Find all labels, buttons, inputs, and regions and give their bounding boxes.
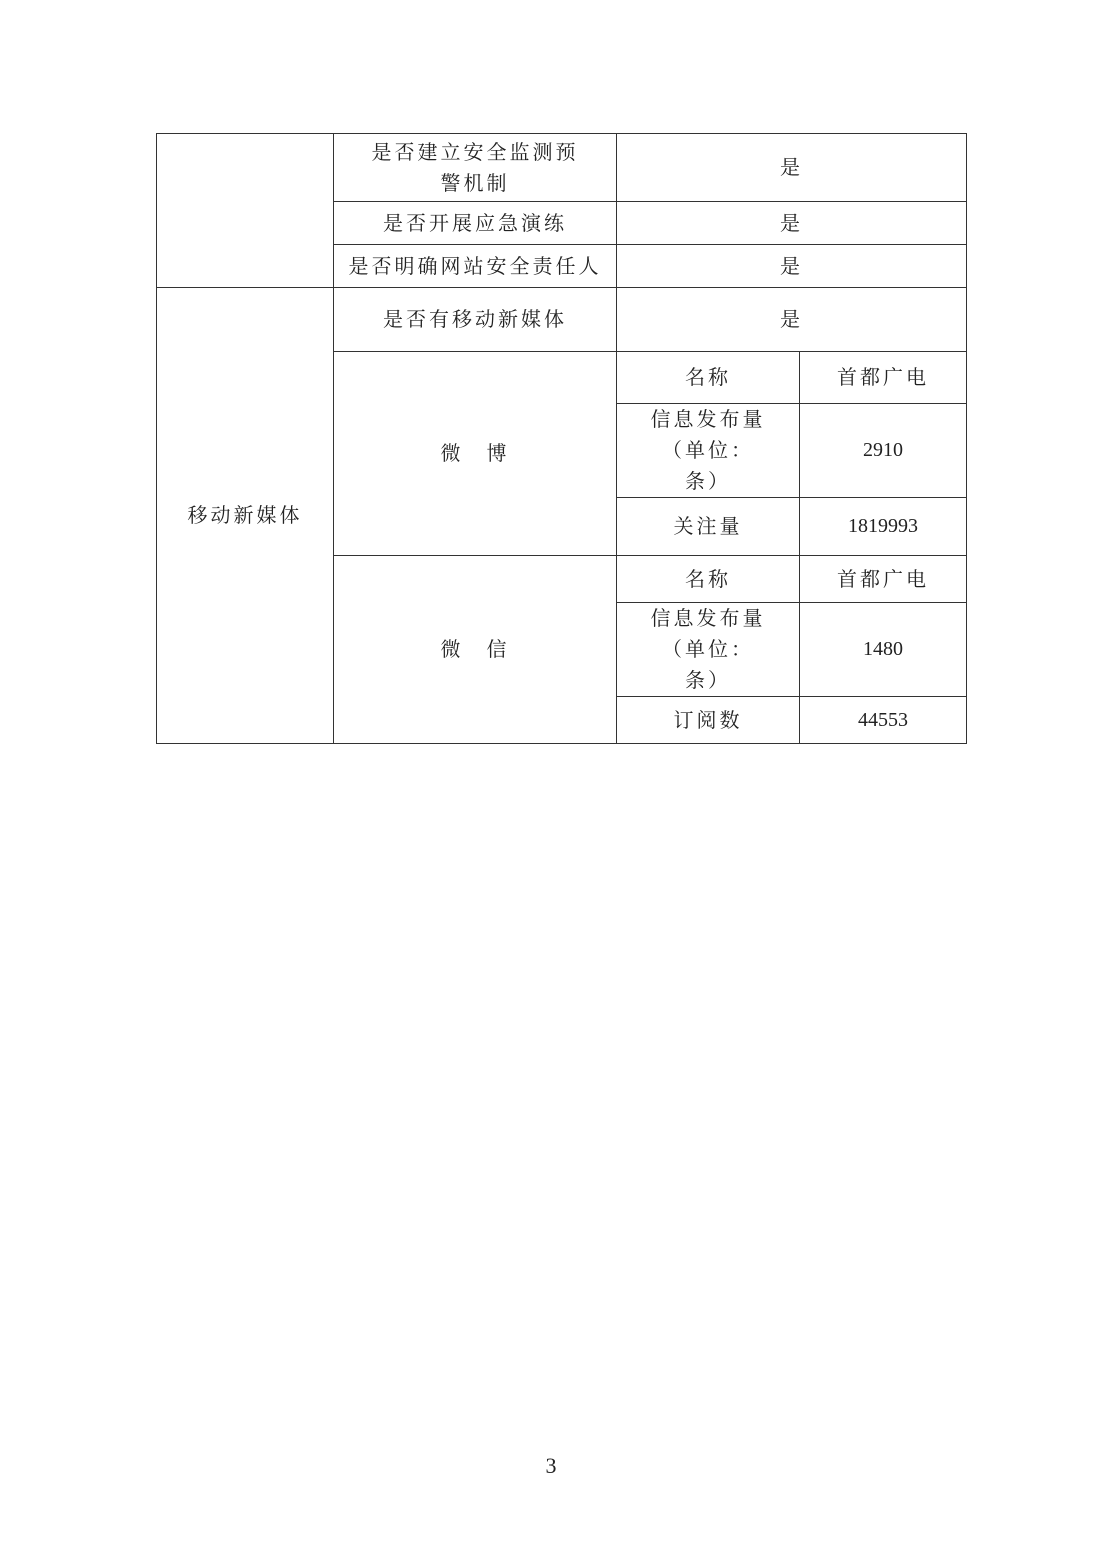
item-cell: 信息发布量（单位：条） — [617, 404, 800, 498]
page-number: 3 — [0, 1453, 1102, 1479]
item-cell: 是否明确网站安全责任人 — [334, 245, 617, 288]
wechat-label: 微 信 — [334, 556, 617, 744]
weibo-label: 微 博 — [334, 352, 617, 556]
value-cell: 1480 — [800, 603, 967, 697]
value-cell: 44553 — [800, 697, 967, 744]
value-cell: 是 — [617, 134, 967, 202]
item-cell: 是否有移动新媒体 — [334, 288, 617, 352]
item-cell: 关注量 — [617, 498, 800, 556]
value-cell: 是 — [617, 202, 967, 245]
table-row: 移动新媒体 是否有移动新媒体 是 — [157, 288, 967, 352]
value-cell: 2910 — [800, 404, 967, 498]
item-cell: 是否开展应急演练 — [334, 202, 617, 245]
item-cell: 信息发布量（单位：条） — [617, 603, 800, 697]
value-cell: 首都广电 — [800, 352, 967, 404]
category-cell: 移动新媒体 — [157, 288, 334, 744]
table-row: 是否建立安全监测预警机制 是 — [157, 134, 967, 202]
item-cell: 订阅数 — [617, 697, 800, 744]
item-cell: 是否建立安全监测预警机制 — [334, 134, 617, 202]
value-cell: 1819993 — [800, 498, 967, 556]
report-table: 是否建立安全监测预警机制 是 是否开展应急演练 是 是否明确网站安全责任人 是 … — [156, 133, 967, 744]
value-cell: 是 — [617, 288, 967, 352]
value-cell: 首都广电 — [800, 556, 967, 603]
item-cell: 名称 — [617, 352, 800, 404]
category-cell-empty — [157, 134, 334, 288]
value-cell: 是 — [617, 245, 967, 288]
item-cell: 名称 — [617, 556, 800, 603]
